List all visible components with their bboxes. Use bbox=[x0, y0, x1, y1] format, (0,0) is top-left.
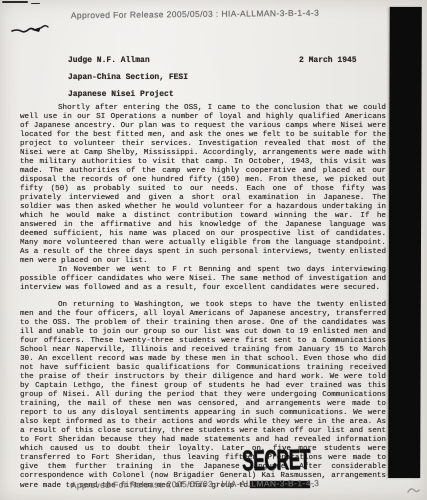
memo-section: Japan-China Section, FESI bbox=[68, 73, 188, 82]
release-banner-top: Approved For Release 2005/05/03 : HIA-AL… bbox=[0, 7, 390, 21]
paragraph-3-text: On returning to Washington, we took step… bbox=[20, 301, 386, 490]
scan-dash-2 bbox=[31, 3, 40, 4]
paragraph-1: Shortly after entering the OSS, I came t… bbox=[20, 104, 386, 266]
paragraph-2: In November we went to F rt Benning and … bbox=[20, 266, 386, 293]
memo-body: Shortly after entering the OSS, I came t… bbox=[20, 104, 386, 491]
smudge-mark-icon bbox=[406, 484, 420, 496]
document-page: Approved For Release 2005/05/03 : HIA-AL… bbox=[0, 0, 427, 500]
handwritten-mark-icon bbox=[10, 21, 60, 37]
memo-subject: Japanese Nisei Project bbox=[68, 90, 174, 99]
memo-date: 2 March 1945 bbox=[299, 56, 357, 65]
memo-addressee: Judge N.F. Allman bbox=[68, 56, 150, 65]
scan-dash-1 bbox=[2, 1, 28, 3]
scan-black-bar-right bbox=[388, 7, 422, 478]
paragraph-3: On returning to Washington, we took step… bbox=[20, 301, 386, 491]
